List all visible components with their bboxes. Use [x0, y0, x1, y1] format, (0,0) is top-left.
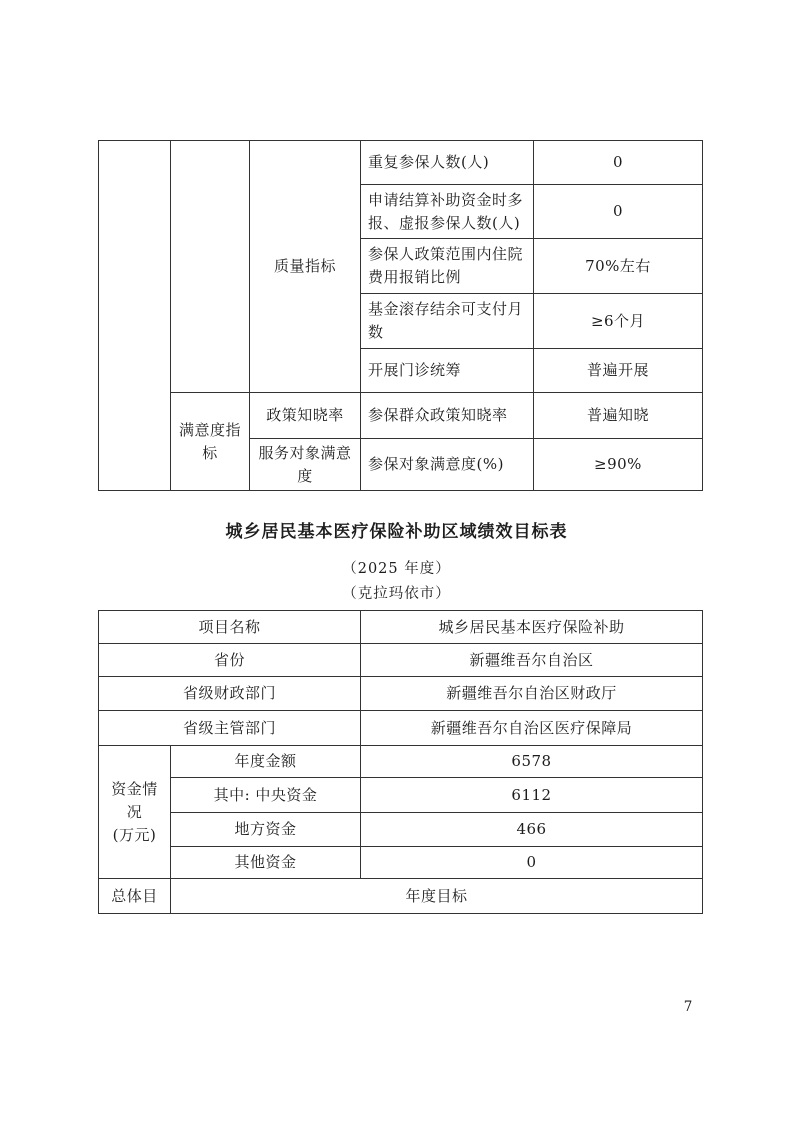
label-cell: 其他资金 [171, 847, 361, 879]
satisfaction-group-cell: 满意度指标 [171, 393, 250, 491]
overall-value-cell: 年度目标 [171, 879, 703, 914]
spanner-empty-cell-group [171, 141, 250, 393]
value-cell: 70%左右 [534, 239, 703, 294]
value-cell: 城乡居民基本医疗保险补助 [361, 611, 703, 644]
table-row: 其他资金 0 [99, 847, 703, 879]
value-cell: 普遍知晓 [534, 393, 703, 439]
table-row: 满意度指标 政策知晓率 参保群众政策知晓率 普遍知晓 [99, 393, 703, 439]
table-row: 省份 新疆维吾尔自治区 [99, 644, 703, 677]
value-cell: 0 [534, 185, 703, 239]
value-cell: 新疆维吾尔自治区财政厅 [361, 677, 703, 711]
indicator-cell: 参保群众政策知晓率 [361, 393, 534, 439]
spanner-empty-cell-left [99, 141, 171, 491]
document-page: 质量指标 重复参保人数(人) 0 申请结算补助资金时多报、虚报参保人数(人) 0… [0, 0, 793, 1122]
value-cell: 普遍开展 [534, 349, 703, 393]
section-subtitle-city: （克拉玛依市） [0, 584, 793, 604]
label-cell: 省级财政部门 [99, 677, 361, 711]
label-cell: 地方资金 [171, 813, 361, 847]
table-row: 总体目 年度目标 [99, 879, 703, 914]
value-cell: 新疆维吾尔自治区医疗保障局 [361, 711, 703, 746]
value-cell: 0 [361, 847, 703, 879]
table-row: 其中: 中央资金 6112 [99, 778, 703, 813]
label-cell: 其中: 中央资金 [171, 778, 361, 813]
indicator-cell: 申请结算补助资金时多报、虚报参保人数(人) [361, 185, 534, 239]
value-cell: 新疆维吾尔自治区 [361, 644, 703, 677]
value-cell: ≥90% [534, 439, 703, 491]
table-row: 省级财政部门 新疆维吾尔自治区财政厅 [99, 677, 703, 711]
funding-group-cell: 资金情况 (万元) [99, 746, 171, 879]
label-cell: 省级主管部门 [99, 711, 361, 746]
indicator-cell: 参保人政策范围内住院费用报销比例 [361, 239, 534, 294]
table-row: 质量指标 重复参保人数(人) 0 [99, 141, 703, 185]
page-number: 7 [648, 999, 728, 1015]
sub-indicator-cell: 服务对象满意度 [250, 439, 361, 491]
table-row: 省级主管部门 新疆维吾尔自治区医疗保障局 [99, 711, 703, 746]
regional-target-table: 项目名称 城乡居民基本医疗保险补助 省份 新疆维吾尔自治区 省级财政部门 新疆维… [98, 610, 703, 914]
indicator-cell: 参保对象满意度(%) [361, 439, 534, 491]
indicator-cell: 重复参保人数(人) [361, 141, 534, 185]
section-title-block: 城乡居民基本医疗保险补助区域绩效目标表 （2025 年度） （克拉玛依市） [0, 521, 793, 604]
value-cell: ≥6个月 [534, 294, 703, 349]
sub-indicator-cell: 政策知晓率 [250, 393, 361, 439]
value-cell: 0 [534, 141, 703, 185]
value-cell: 6578 [361, 746, 703, 778]
label-cell: 年度金额 [171, 746, 361, 778]
table-row: 资金情况 (万元) 年度金额 6578 [99, 746, 703, 778]
section-title: 城乡居民基本医疗保险补助区域绩效目标表 [0, 521, 793, 544]
indicator-cell: 基金滚存结余可支付月数 [361, 294, 534, 349]
value-cell: 466 [361, 813, 703, 847]
label-cell: 项目名称 [99, 611, 361, 644]
overall-label-cell: 总体目 [99, 879, 171, 914]
quality-group-cell: 质量指标 [250, 141, 361, 393]
table-row: 项目名称 城乡居民基本医疗保险补助 [99, 611, 703, 644]
value-cell: 6112 [361, 778, 703, 813]
label-cell: 省份 [99, 644, 361, 677]
indicator-cell: 开展门诊统筹 [361, 349, 534, 393]
section-subtitle-year: （2025 年度） [0, 559, 793, 579]
performance-indicators-table: 质量指标 重复参保人数(人) 0 申请结算补助资金时多报、虚报参保人数(人) 0… [98, 140, 703, 491]
table-row: 地方资金 466 [99, 813, 703, 847]
